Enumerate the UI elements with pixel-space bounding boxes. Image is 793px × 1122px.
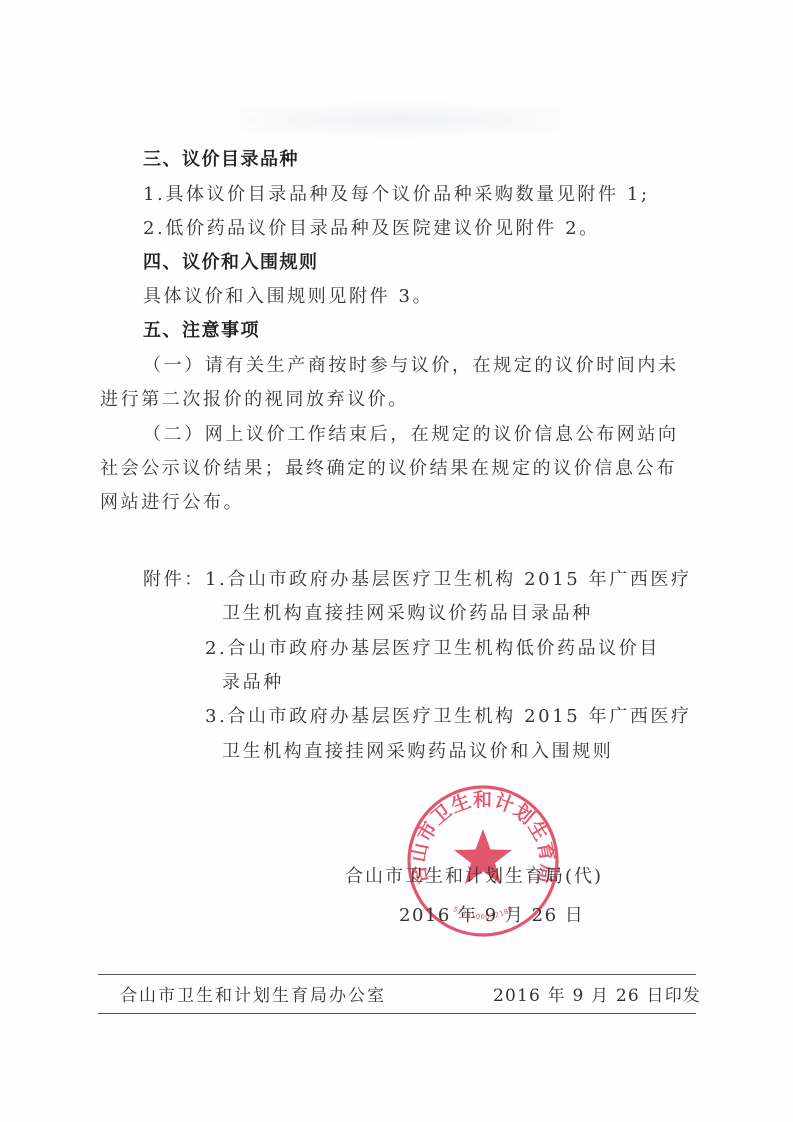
- section-heading-catalog: 三、议价目录品种: [143, 149, 299, 171]
- note-1-line-2: 进行第二次报价的视同放弃议价。: [100, 389, 409, 411]
- attachments-label: 附件：: [143, 569, 205, 591]
- attachment-1-line-2: 卫生机构直接挂网采购议价药品目录品种: [222, 603, 593, 625]
- note-2-line-3: 网站进行公布。: [100, 492, 244, 514]
- note-1-line-1: （一）请有关生产商按时参与议价，在规定的议价时间内未: [143, 355, 679, 377]
- attachment-2-line-2: 录品种: [222, 672, 284, 694]
- signature-date: 2016 年 9 月 26 日: [399, 905, 584, 927]
- footer-top-rule: [98, 974, 696, 975]
- signature-issuer: 合山市卫生和计划生育局(代): [345, 866, 603, 888]
- catalog-item-1: 1.具体议价目录品种及每个议价品种采购数量见附件 1;: [143, 184, 650, 206]
- document-page: 三、议价目录品种 1.具体议价目录品种及每个议价品种采购数量见附件 1; 2.低…: [0, 0, 793, 1122]
- note-2-line-1: （二）网上议价工作结束后，在规定的议价信息公布网站向: [143, 424, 679, 446]
- attachment-2-line-1: 2.合山市政府办基层医疗卫生机构低价药品议价目: [205, 638, 660, 660]
- catalog-item-2: 2.低价药品议价目录品种及医院建议价见附件 2。: [143, 218, 600, 240]
- scan-artifact: [190, 100, 610, 140]
- attachment-1-line-1: 1.合山市政府办基层医疗卫生机构 2015 年广西医疗: [205, 569, 692, 591]
- attachment-3-line-2: 卫生机构直接挂网采购药品议价和入围规则: [222, 741, 613, 763]
- rules-paragraph: 具体议价和入围规则见附件 3。: [143, 286, 433, 308]
- section-heading-rules: 四、议价和入围规则: [143, 252, 319, 274]
- footer-issue-date: 2016 年 9 月 26 日印发: [493, 985, 701, 1007]
- footer-bottom-rule: [98, 1013, 696, 1014]
- section-heading-notes: 五、注意事项: [143, 320, 260, 342]
- footer-office: 合山市卫生和计划生育局办公室: [120, 985, 386, 1007]
- attachment-3-line-1: 3.合山市政府办基层医疗卫生机构 2015 年广西医疗: [205, 706, 692, 728]
- note-2-line-2: 社会公示议价结果；最终确定的议价结果在规定的议价信息公布: [100, 458, 677, 480]
